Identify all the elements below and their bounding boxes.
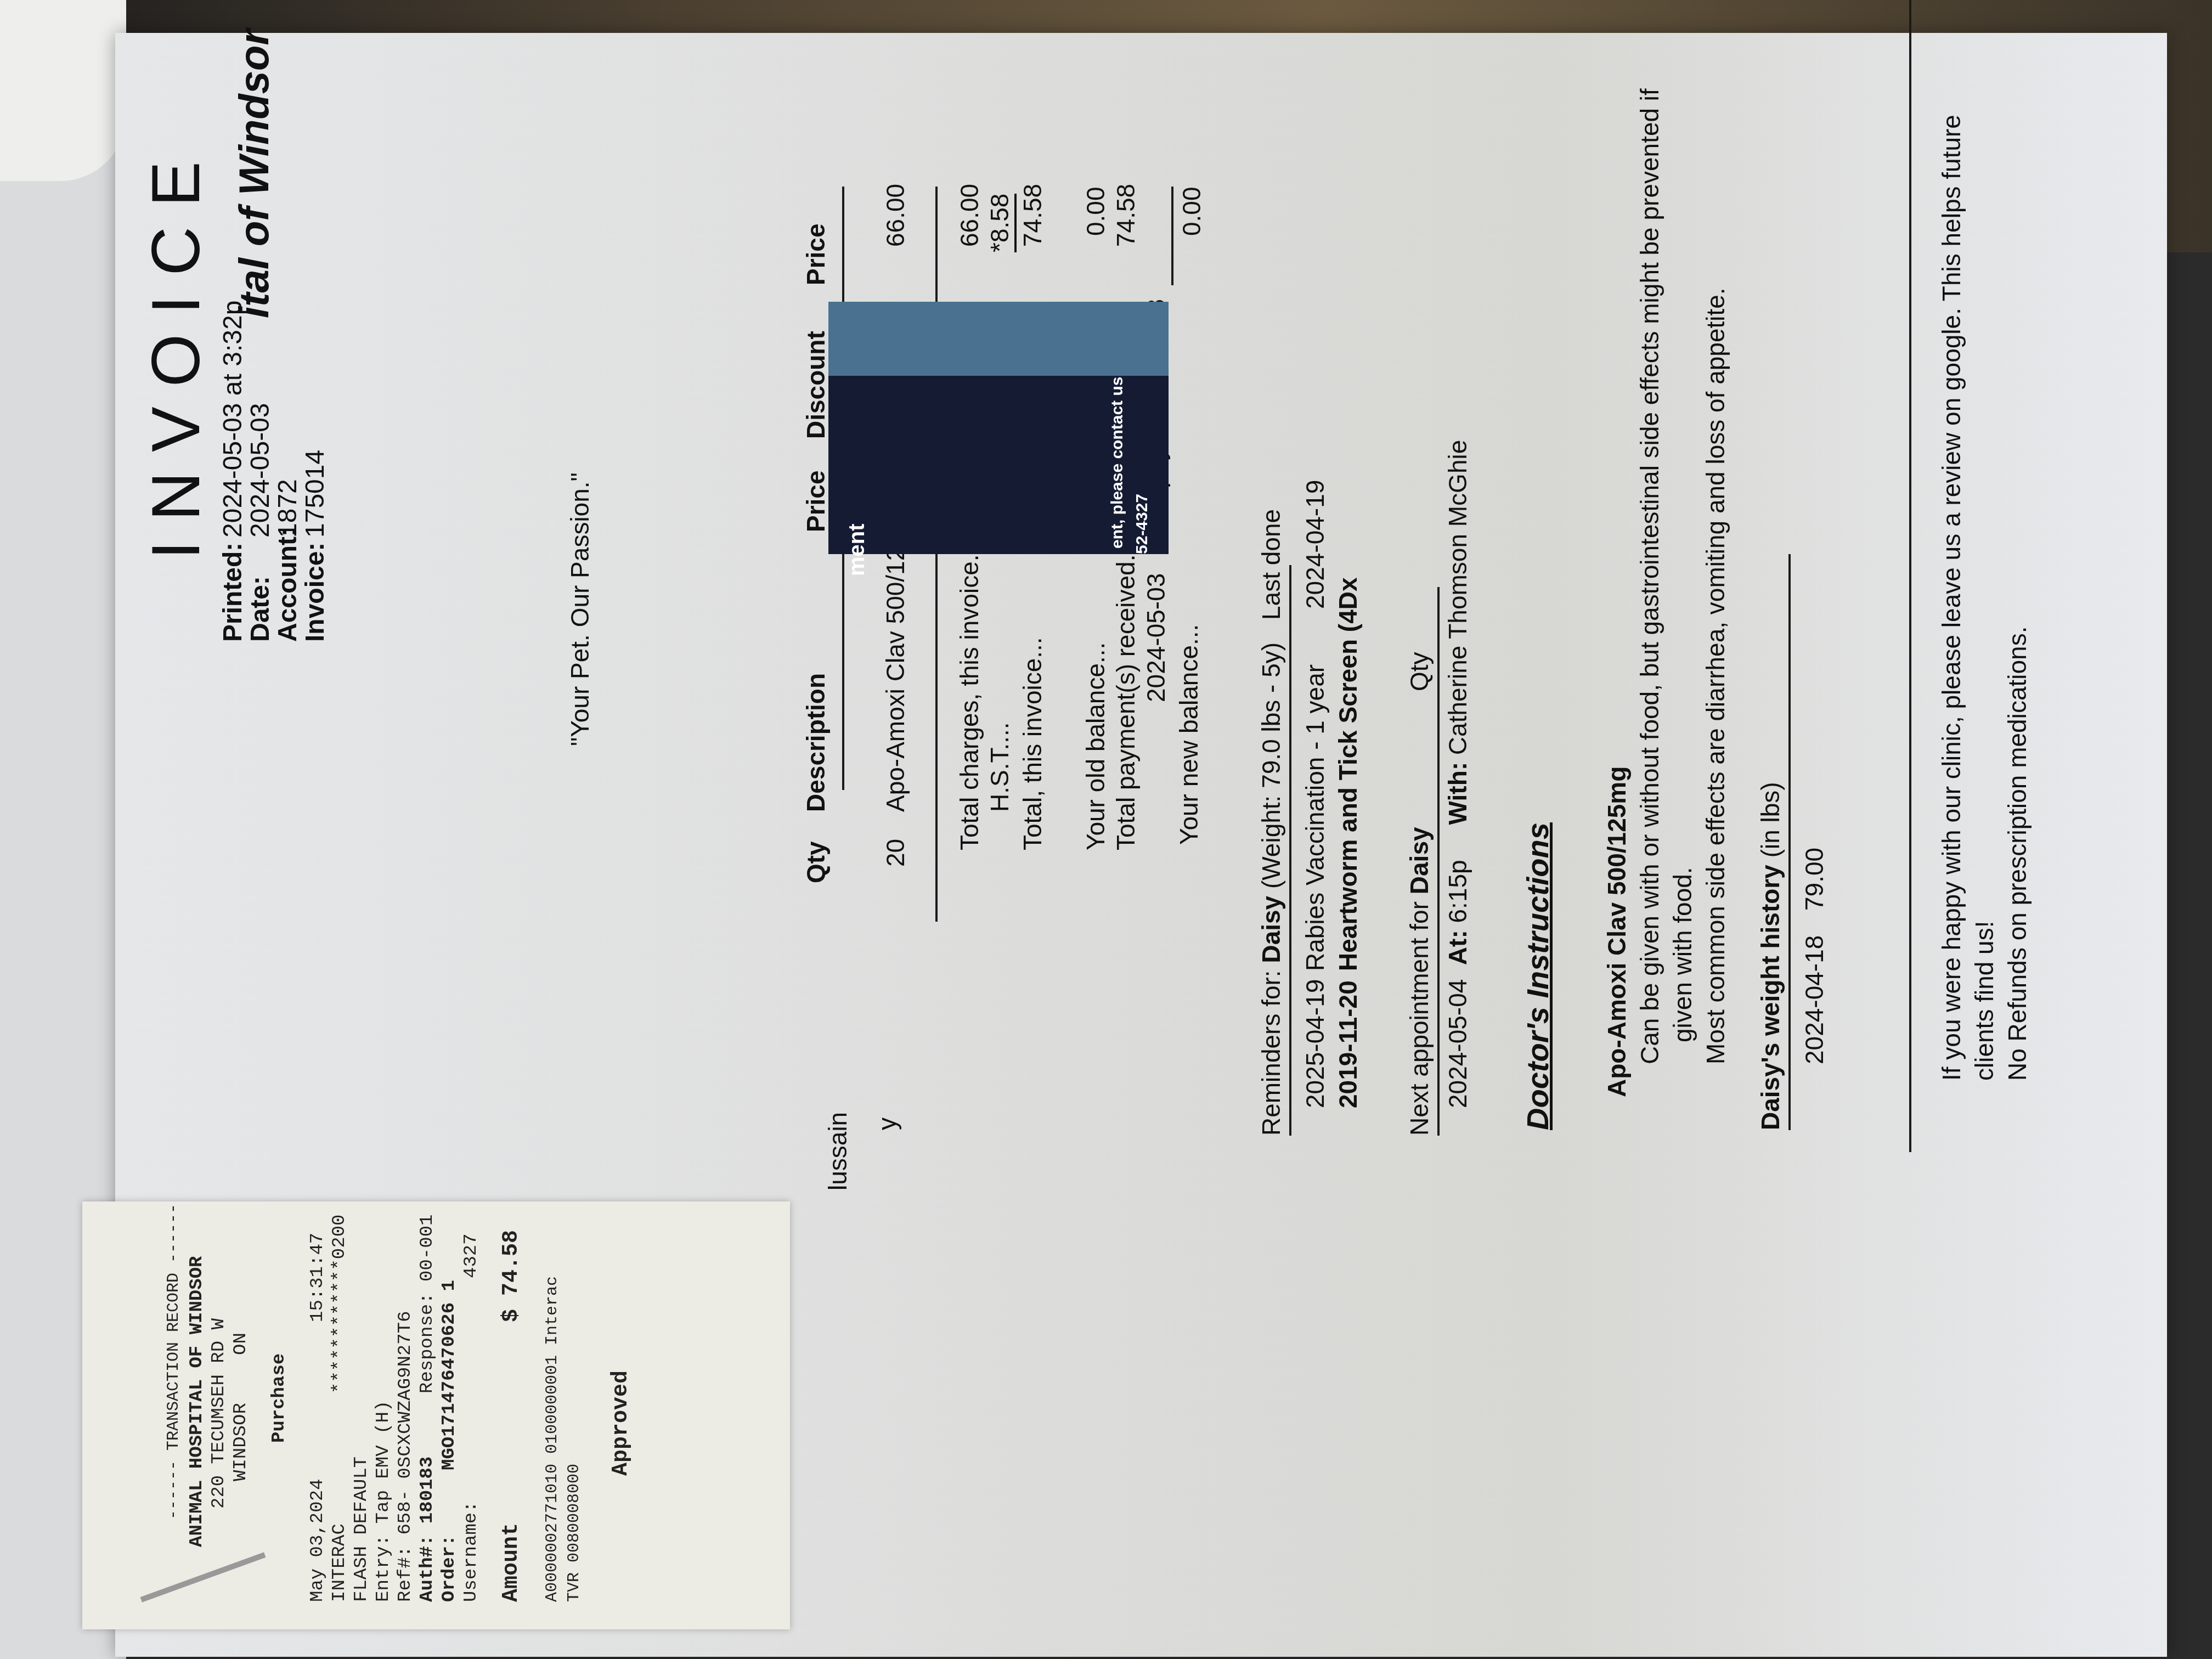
- appointment-qty-header: Qty: [1404, 652, 1434, 691]
- table-bottom-rule: [935, 187, 938, 922]
- payments-value: 74.58: [1111, 184, 1141, 247]
- instructions-drug: Apo-Amoxi Clav 500/125mg: [1602, 766, 1632, 1097]
- total-invoice-label: Total, this invoice...: [1018, 637, 1047, 850]
- receipt-username: 4327: [461, 1233, 482, 1278]
- meta-printed: Printed:2024-05-03 at 3:32p: [219, 301, 247, 642]
- receipt-address: 220 TECUMSEH RD W: [208, 1318, 229, 1509]
- appointment-heading: Next appointment for Daisy: [1404, 827, 1434, 1136]
- reminders-heading: Reminders for: Daisy (Weight: 79.0 lbs -…: [1256, 642, 1286, 1136]
- hospital-name: ital of Windsor: [230, 29, 278, 318]
- card-text-2: 52-4327: [1133, 488, 1152, 554]
- receipt-card-number: ************0200: [329, 1215, 350, 1393]
- reminder-1-last-done: 2024-04-19: [1300, 480, 1330, 609]
- mug: [0, 0, 126, 181]
- receipt-response: Response: 00-001: [417, 1215, 438, 1393]
- receipt-aid: A0000002771010 0100000001 Interac: [543, 1276, 562, 1602]
- receipt-order: MGO171476470626 1: [439, 1280, 460, 1470]
- th-qty: Qty: [801, 841, 831, 883]
- instructions-line-2: given with food.: [1668, 867, 1697, 1042]
- weight-rule: [1788, 554, 1791, 1130]
- hst-value: *8.58: [985, 194, 1017, 252]
- instructions-line-1: Can be given with or without food, but g…: [1635, 88, 1664, 1064]
- item-qty: 20: [881, 839, 910, 867]
- receipt-status: Approved: [609, 1370, 634, 1476]
- total-charges-label: Total charges, this invoice...: [955, 540, 984, 850]
- total-charges-value: 66.00: [955, 184, 984, 247]
- reminder-2-name: Heartworm and Tick Screen (4Dx: [1333, 577, 1363, 971]
- client-line-partial: y: [872, 1118, 902, 1130]
- weight-value: 79.00: [1799, 848, 1829, 911]
- th-description: Description: [801, 673, 831, 812]
- tagline: "Your Pet. Our Passion.": [565, 472, 595, 746]
- meta-date: Date:2024-05-03: [247, 301, 274, 642]
- meta-invoice: Invoice:175014: [302, 301, 329, 642]
- invoice-title: INVOICE: [137, 142, 215, 560]
- receipt-entry: Entry: Tap EMV (H): [373, 1401, 394, 1602]
- footer-line-3: No Refunds on prescription medications.: [2002, 627, 2032, 1081]
- th-total: Price: [801, 223, 831, 285]
- hst-label: H.S.T....: [985, 722, 1014, 812]
- instructions-title: Doctor's Instructions: [1520, 822, 1555, 1130]
- card-heading: ment: [845, 411, 867, 576]
- appointment-row: 2024-05-04 At: 6:15p With: Catherine Tho…: [1443, 440, 1472, 1108]
- total-invoice-value: 74.58: [1018, 184, 1047, 247]
- footer-rule: [1909, 0, 1911, 1152]
- appointment-rule: [1437, 587, 1440, 1136]
- receipt-auth: Auth#: 180183: [417, 1457, 438, 1602]
- receipt-username-label: Username:: [461, 1501, 482, 1602]
- receipt-merchant: ANIMAL HOSPITAL OF WINDSOR: [187, 1256, 207, 1548]
- weight-date: 2024-04-18: [1799, 935, 1829, 1064]
- card-top-band: [828, 302, 1169, 376]
- weight-history-title: Daisy's weight history (in lbs): [1756, 782, 1785, 1130]
- receipt-tvr: TVR 0080008000: [565, 1464, 584, 1602]
- payment-date: 2024-05-03: [1141, 573, 1171, 702]
- receipt-ref: Ref#: 658- 0SCXCWZAG9N27T6: [395, 1311, 416, 1602]
- reminders-rule: [1289, 565, 1291, 1136]
- receipt-card-type: INTERAC: [329, 1523, 350, 1602]
- receipt-amount: $ 74.58: [499, 1230, 524, 1322]
- reminder-1-name: Rabies Vaccination - 1 year: [1300, 664, 1330, 971]
- instructions-line-3: Most common side effects are diarrhea, v…: [1701, 287, 1730, 1064]
- staple-icon: [140, 1552, 266, 1602]
- receipt-city: WINDSOR: [230, 1403, 251, 1481]
- receipt-amount-label: Amount: [499, 1523, 524, 1602]
- footer-line-2: clients find us!: [1970, 921, 1999, 1081]
- receipt-account: FLASH DEFAULT: [351, 1457, 372, 1602]
- receipt-type: Purchase: [269, 1353, 290, 1443]
- balance-rule: [1171, 187, 1173, 285]
- last-done-header: Last done: [1256, 509, 1286, 620]
- payments-label: Total payment(s) received...: [1111, 540, 1141, 850]
- payment-receipt: ------ TRANSACTION RECORD ------ ANIMAL …: [82, 1201, 790, 1629]
- client-name-partial: lussain: [823, 1112, 853, 1190]
- receipt-time: 15:31:47: [307, 1233, 328, 1322]
- business-card: ment ent, please contact us 52-4327: [828, 302, 1169, 554]
- reminder-2-due: 2019-11-20: [1333, 980, 1363, 1108]
- reminder-1-due: 2025-04-19: [1300, 979, 1330, 1108]
- footer-line-1: If you were happy with our clinic, pleas…: [1937, 115, 1966, 1081]
- meta-account: Account:1872: [274, 301, 302, 642]
- invoice-meta: Printed:2024-05-03 at 3:32p Date:2024-05…: [219, 301, 329, 642]
- item-total: 66.00: [881, 184, 910, 247]
- card-text-1: ent, please contact us: [1108, 368, 1127, 549]
- new-balance-label: Your new balance...: [1174, 624, 1204, 845]
- th-discount: Discount: [801, 331, 831, 439]
- new-balance-value: 0.00: [1177, 187, 1206, 236]
- old-balance-label: Your old balance...: [1081, 642, 1110, 850]
- receipt-content: ------ TRANSACTION RECORD ------ ANIMAL …: [82, 1201, 790, 1629]
- old-balance-value: 0.00: [1081, 187, 1110, 236]
- th-price: Price: [801, 470, 831, 532]
- receipt-header: ------ TRANSACTION RECORD ------: [165, 1204, 183, 1520]
- receipt-date: May 03,2024: [307, 1479, 328, 1602]
- receipt-order-label: Order:: [439, 1535, 460, 1602]
- receipt-province: ON: [230, 1333, 251, 1355]
